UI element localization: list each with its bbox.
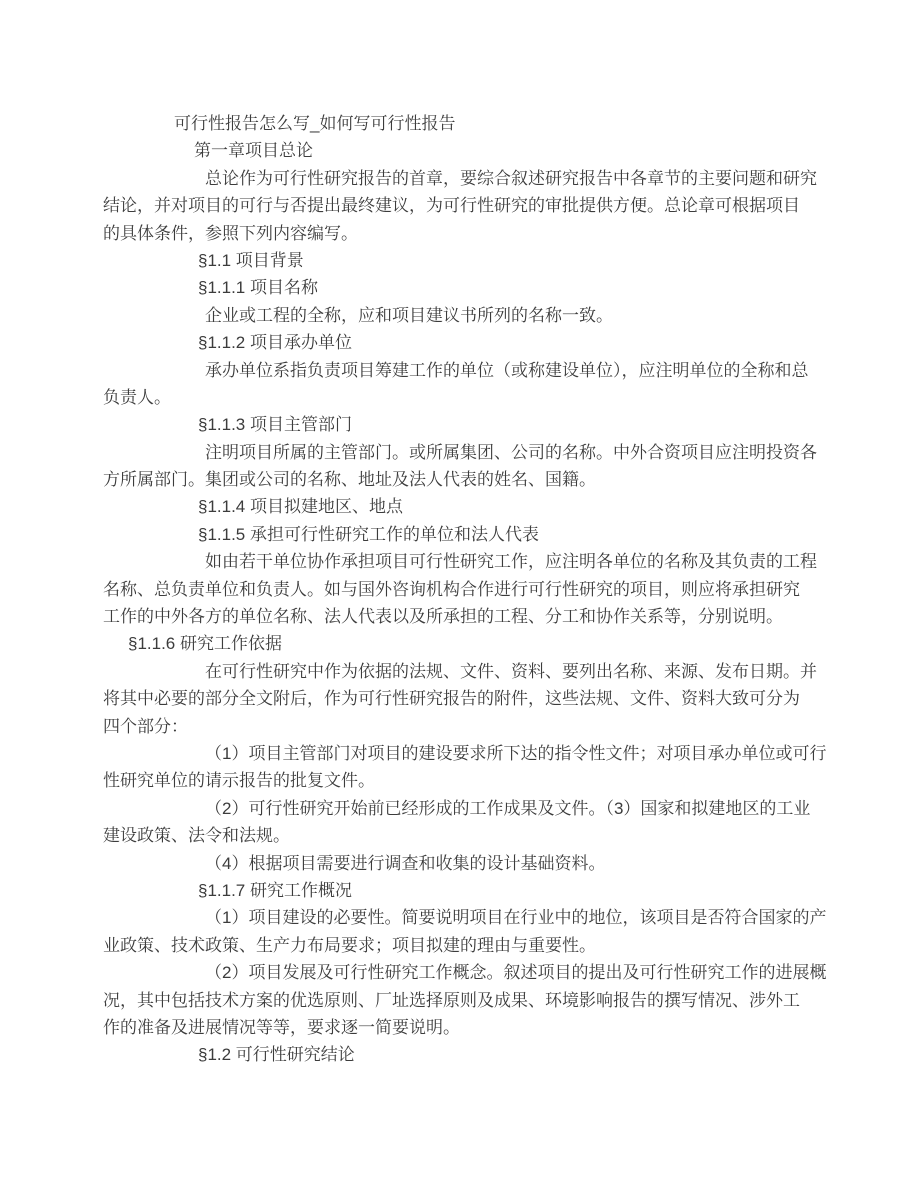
text-line: （1）项目建设的必要性。简要说明项目在行业中的地位，该项目是否符合国家的产: [103, 904, 819, 931]
text-line: 建设政策、法令和法规。: [103, 822, 819, 849]
text-line: §1.1.2 项目承办单位: [103, 329, 819, 356]
text-line: （2）项目发展及可行性研究工作概念。叙述项目的提出及可行性研究工作的进展概: [103, 959, 819, 986]
text-line: §1.1.3 项目主管部门: [103, 411, 819, 438]
text-line: 负责人。: [103, 384, 819, 411]
text-line: 结论，并对项目的可行与否提出最终建议，为可行性研究的审批提供方便。总论章可根据项…: [103, 192, 819, 219]
text-line: 业政策、技术政策、生产力布局要求；项目拟建的理由与重要性。: [103, 932, 819, 959]
text-line: 第一章项目总论: [103, 137, 819, 164]
text-line: §1.1.5 承担可行性研究工作的单位和法人代表: [103, 521, 819, 548]
text-line: 承办单位系指负责项目筹建工作的单位（或称建设单位），应注明单位的全称和总: [103, 357, 819, 384]
text-line: §1.1.1 项目名称: [103, 274, 819, 301]
text-line: 况，其中包括技术方案的优选原则、厂址选择原则及成果、环境影响报告的撰写情况、涉外…: [103, 987, 819, 1014]
text-line: §1.1.4 项目拟建地区、地点: [103, 493, 819, 520]
text-line: 性研究单位的请示报告的批复文件。: [103, 767, 819, 794]
text-line: 如由若干单位协作承担项目可行性研究工作，应注明各单位的名称及其负责的工程: [103, 548, 819, 575]
text-line: 四个部分：: [103, 713, 819, 740]
text-line: 注明项目所属的主管部门。或所属集团、公司的名称。中外合资项目应注明投资各: [103, 439, 819, 466]
text-line: §1.1.7 研究工作概况: [103, 877, 819, 904]
text-line: 名称、总负责单位和负责人。如与国外咨询机构合作进行可行性研究的项目，则应将承担研…: [103, 576, 819, 603]
text-line: 总论作为可行性研究报告的首章，要综合叙述研究报告中各章节的主要问题和研究: [103, 165, 819, 192]
text-line: 在可行性研究中作为依据的法规、文件、资料、要列出名称、来源、发布日期。并: [103, 658, 819, 685]
text-line: §1.1 项目背景: [103, 247, 819, 274]
text-line: 工作的中外各方的单位名称、法人代表以及所承担的工程、分工和协作关系等，分别说明。: [103, 603, 819, 630]
text-line: （4）根据项目需要进行调查和收集的设计基础资料。: [103, 850, 819, 877]
text-line: 方所属部门。集团或公司的名称、地址及法人代表的姓名、国籍。: [103, 466, 819, 493]
text-line: §1.1.6 研究工作依据: [103, 630, 819, 657]
text-line: 作的准备及进展情况等等，要求逐一简要说明。: [103, 1014, 819, 1041]
text-line: 的具体条件，参照下列内容编写。: [103, 220, 819, 247]
text-line: （1）项目主管部门对项目的建设要求所下达的指令性文件；对项目承办单位或可行: [103, 740, 819, 767]
document-body: 可行性报告怎么写_如何写可行性报告第一章项目总论总论作为可行性研究报告的首章，要…: [103, 110, 819, 1069]
text-line: §1.2 可行性研究结论: [103, 1041, 819, 1068]
text-line: 企业或工程的全称，应和项目建议书所列的名称一致。: [103, 302, 819, 329]
text-line: （2）可行性研究开始前已经形成的工作成果及文件。（3）国家和拟建地区的工业: [103, 795, 819, 822]
document-title: 可行性报告怎么写_如何写可行性报告: [103, 110, 819, 137]
text-line: 将其中必要的部分全文附后，作为可行性研究报告的附件，这些法规、文件、资料大致可分…: [103, 685, 819, 712]
document-page: 可行性报告怎么写_如何写可行性报告第一章项目总论总论作为可行性研究报告的首章，要…: [0, 0, 920, 1191]
